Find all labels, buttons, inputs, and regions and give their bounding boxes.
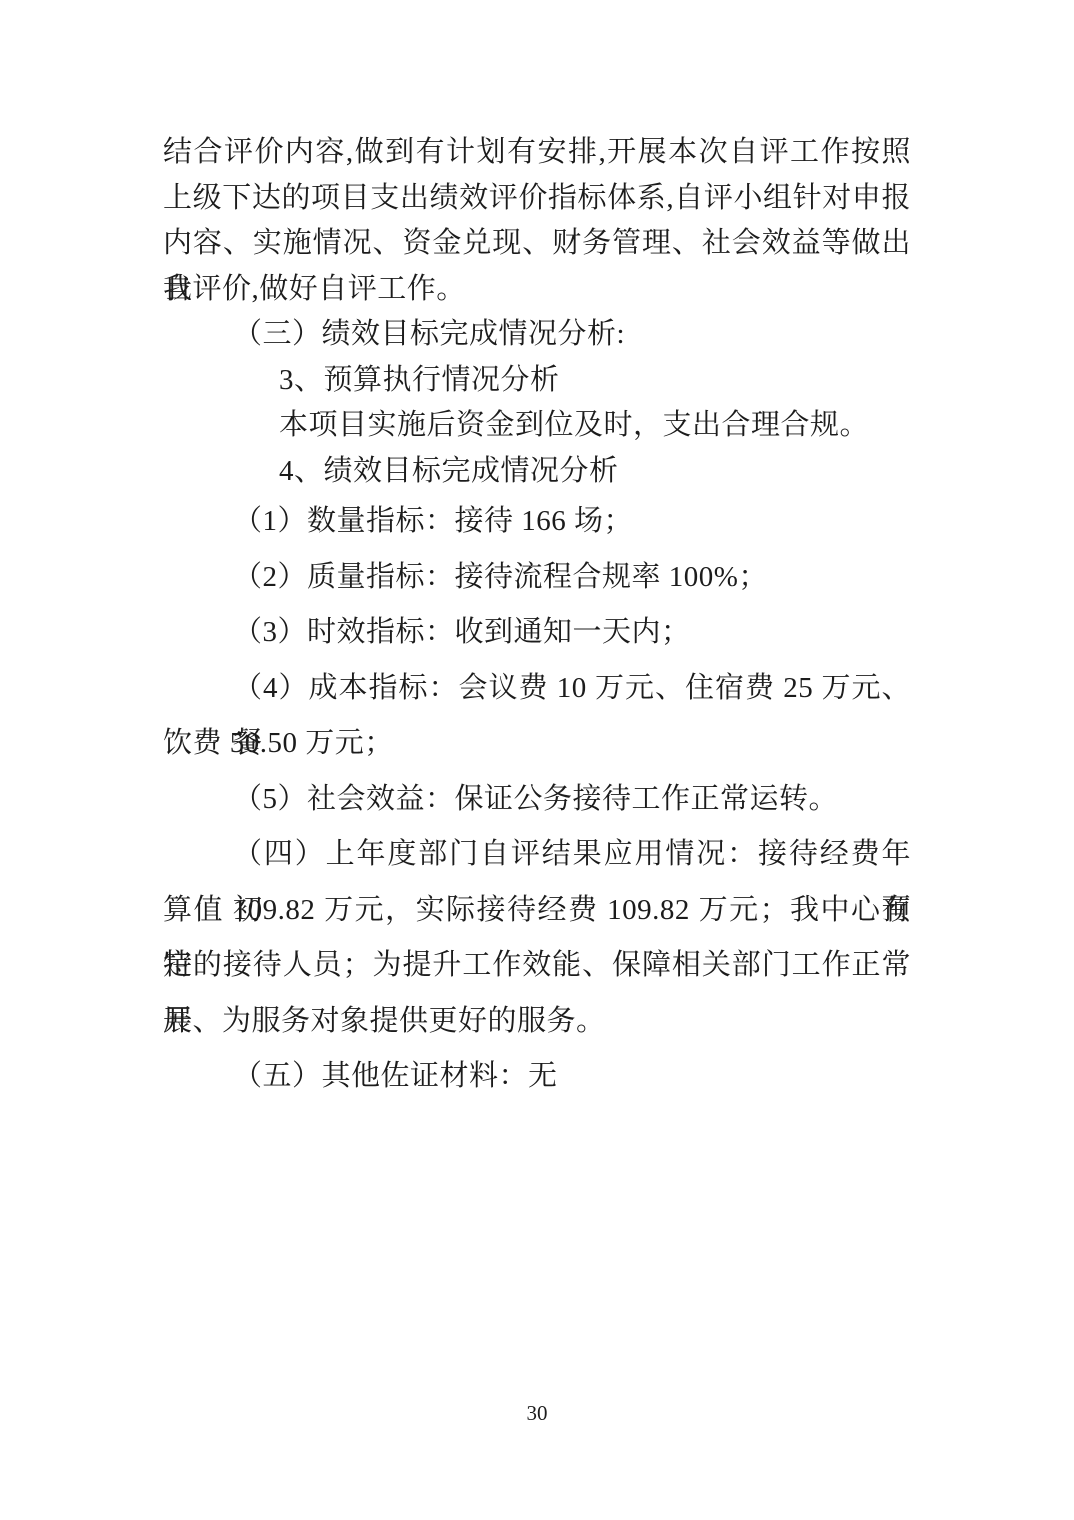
page-number: 30 xyxy=(0,1400,1074,1426)
text-line: 本项目实施后资金到位及时，支出合理合规。 xyxy=(163,403,911,449)
text-line: 展、为服务对象提供更好的服务。 xyxy=(163,994,911,1050)
text-line: 内容、实施情况、资金兑现、财务管理、社会效益等做出自 xyxy=(163,221,911,267)
document-page: 结合评价内容,做到有计划有安排,开展本次自评工作按照 上级下达的项目支出绩效评价… xyxy=(0,0,1074,1520)
text-line: 我评价,做好自评工作。 xyxy=(163,267,911,313)
heading-item-3: 3、预算执行情况分析 xyxy=(163,358,911,404)
indicator-timeliness: （3）时效指标：收到通知一天内； xyxy=(163,605,911,661)
text-line: 算值 109.82 万元，实际接待经费 109.82 万元；我中心有特 xyxy=(163,883,911,939)
text-line: 结合评价内容,做到有计划有安排,开展本次自评工作按照 xyxy=(163,130,911,176)
text-line: 饮费 50.50 万元； xyxy=(163,716,911,772)
heading-section-4: （四）上年度部门自评结果应用情况：接待经费年初预 xyxy=(163,827,911,883)
indicator-quantity: （1）数量指标：接待 166 场； xyxy=(163,494,911,550)
text-line: 上级下达的项目支出绩效评价指标体系,自评小组针对申报 xyxy=(163,176,911,222)
indicator-social-benefit: （5）社会效益：保证公务接待工作正常运转。 xyxy=(163,772,911,828)
indicator-quality: （2）质量指标：接待流程合规率 100%； xyxy=(163,550,911,606)
text-line: 定的接待人员；为提升工作效能、保障相关部门工作正常开 xyxy=(163,938,911,994)
indicator-cost: （4）成本指标：会议费 10 万元、住宿费 25 万元、餐 xyxy=(163,661,911,717)
page-body-text: 结合评价内容,做到有计划有安排,开展本次自评工作按照 上级下达的项目支出绩效评价… xyxy=(163,130,911,1105)
heading-item-4: 4、绩效目标完成情况分析 xyxy=(163,449,911,495)
heading-section-3: （三）绩效目标完成情况分析: xyxy=(163,312,911,358)
heading-section-5: （五）其他佐证材料：无 xyxy=(163,1049,911,1105)
